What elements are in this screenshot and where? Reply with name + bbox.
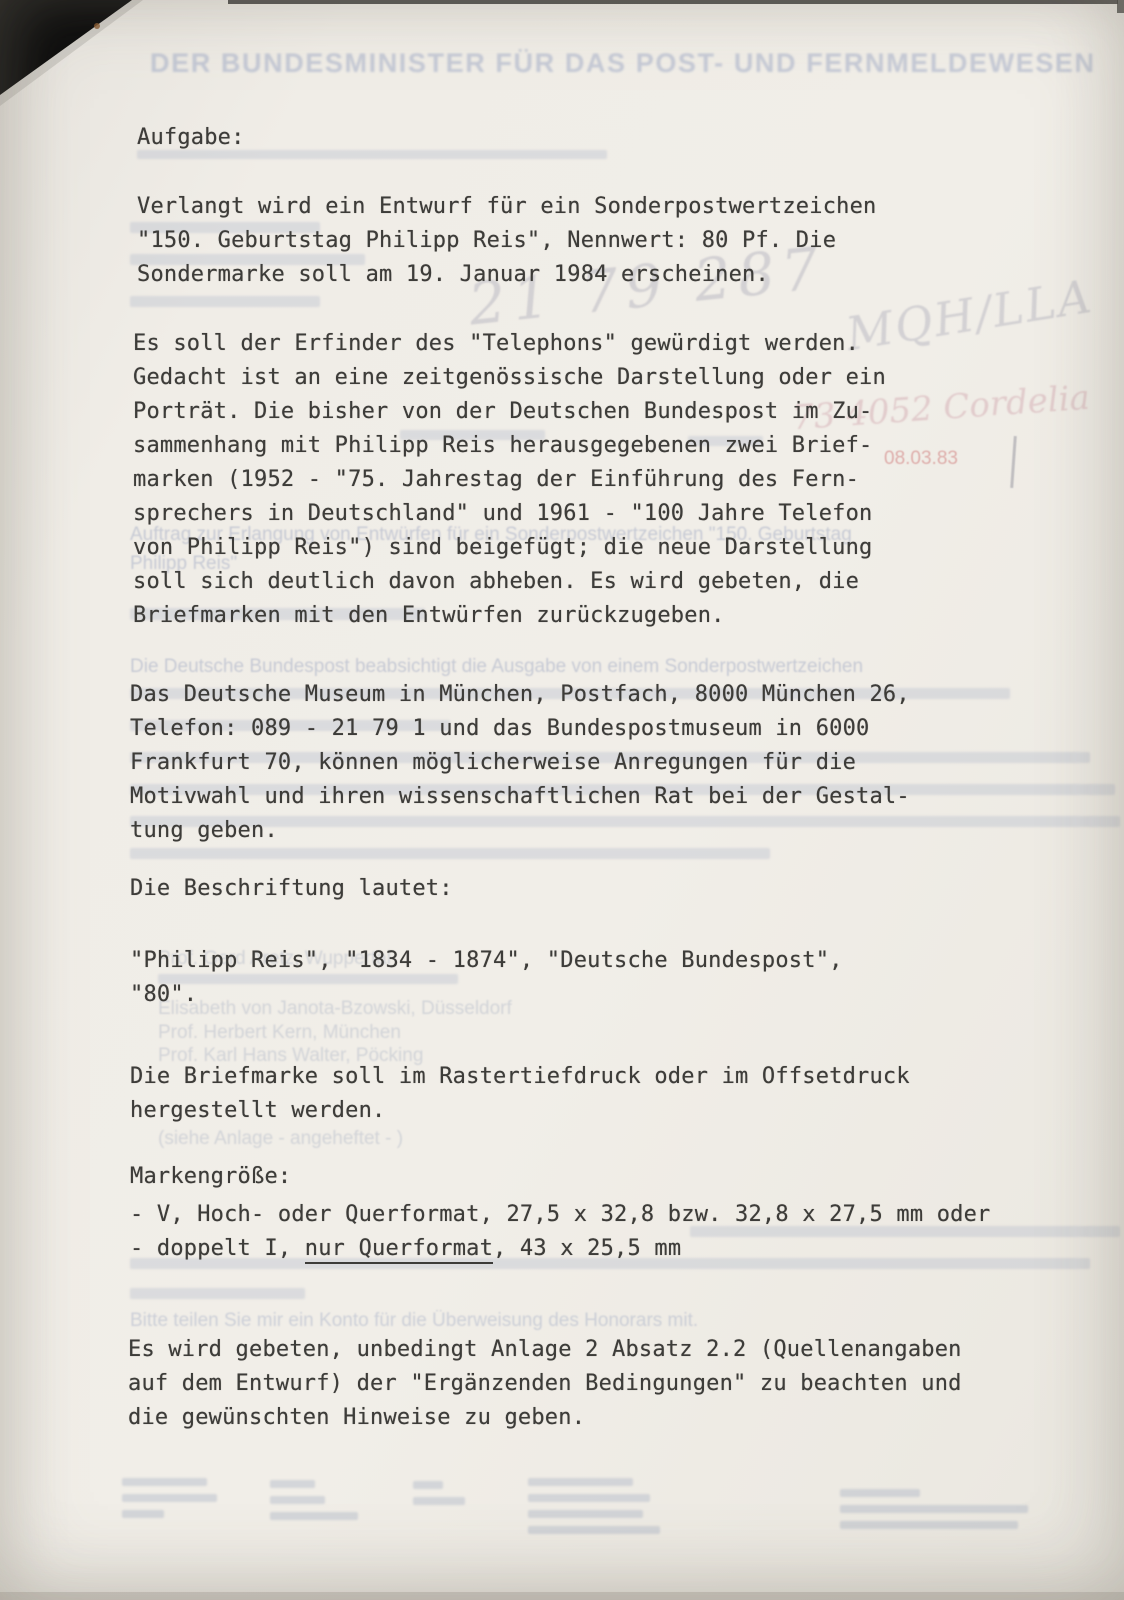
ghost-footer-smudge: [840, 1489, 920, 1497]
ghost-footer-smudge: [840, 1505, 1028, 1513]
ghost-smudge: [130, 296, 320, 307]
stamp-size-label: Markengröße:: [130, 1160, 291, 1194]
scan-edge-tick: [1117, 0, 1124, 13]
ghost-footer-smudge: [270, 1496, 325, 1504]
paragraph-inscription: "Philipp Reis", "1834 - 1874", "Deutsche…: [130, 944, 843, 1012]
ghost-footer-smudge: [413, 1497, 465, 1505]
ghost-footer-smudge: [528, 1510, 643, 1518]
ghost-footer-smudge: [270, 1480, 315, 1488]
stamp-size-option-2: - doppelt I, nur Querformat, 43 x 25,5 m…: [130, 1232, 681, 1266]
ghost-footer-smudge: [528, 1494, 650, 1502]
ghost-footer-smudge: [122, 1494, 217, 1502]
paragraph-subject-description: Es soll der Erfinder des "Telephons" gew…: [133, 327, 886, 633]
ghost-account-line: Bitte teilen Sie mir ein Konto für die Ü…: [130, 1310, 698, 1332]
inscription-label: Die Beschriftung lautet:: [130, 872, 453, 906]
paragraph-printing-method: Die Briefmarke soll im Rastertiefdruck o…: [130, 1060, 910, 1128]
ghost-footer-smudge: [840, 1521, 1018, 1529]
size-option-2-prefix: - doppelt I,: [130, 1236, 305, 1261]
size-option-2-suffix: , 43 x 25,5 mm: [493, 1236, 681, 1261]
scan-bottom-shadow: [0, 1592, 1124, 1600]
paper-speck: [94, 23, 100, 29]
paragraph-request: Verlangt wird ein Entwurf für ein Sonder…: [137, 190, 876, 292]
ghost-date-stamp: 08.03.83: [884, 448, 958, 470]
ghost-pen-stroke: [1010, 436, 1017, 488]
size-option-2-underlined: nur Querformat: [305, 1236, 493, 1264]
ghost-footer-smudge: [270, 1512, 358, 1520]
paragraph-closing-note: Es wird gebeten, unbedingt Anlage 2 Absa…: [128, 1333, 962, 1435]
ghost-footer-smudge: [122, 1510, 164, 1518]
ghost-smudge: [130, 1288, 305, 1299]
ghost-footer-smudge: [528, 1478, 633, 1486]
scanned-document-page: DER BUNDESMINISTER FÜR DAS POST- UND FER…: [0, 0, 1124, 1600]
paragraph-museum-contacts: Das Deutsche Museum in München, Postfach…: [130, 678, 910, 848]
ghost-footer-smudge: [528, 1526, 660, 1534]
stamp-size-option-1: - V, Hoch- oder Querformat, 27,5 x 32,8 …: [130, 1198, 991, 1232]
ghost-designer-name: Prof. Herbert Kern, München: [158, 1022, 401, 1044]
ghost-footer-smudge: [413, 1481, 443, 1489]
ghost-intro-line: Die Deutsche Bundespost beabsichtigt die…: [130, 656, 863, 678]
ghost-attachment-note: (siehe Anlage - angeheftet - ): [158, 1128, 403, 1150]
scan-edge-strip: [228, 0, 1118, 4]
ghost-smudge: [130, 848, 770, 859]
ghost-footer-smudge: [122, 1478, 207, 1486]
ghost-letterhead: DER BUNDESMINISTER FÜR DAS POST- UND FER…: [150, 48, 1070, 79]
task-heading: Aufgabe:: [137, 121, 245, 155]
